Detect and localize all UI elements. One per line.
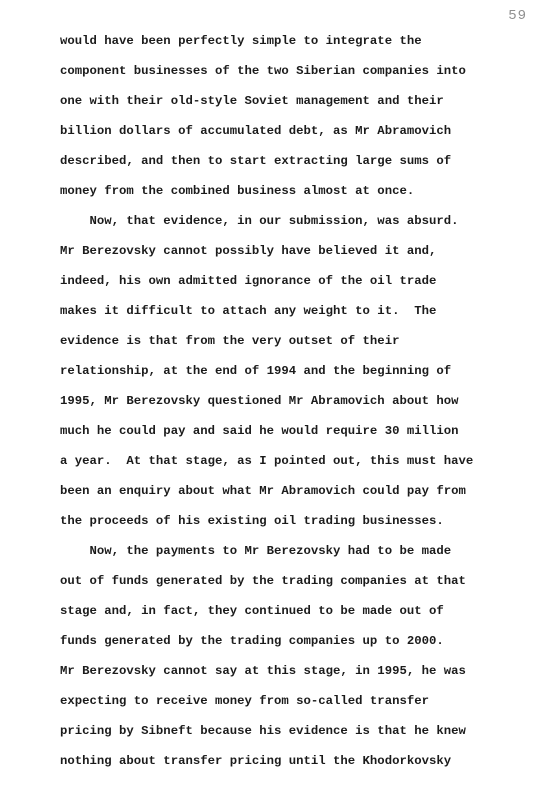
text-line: billion dollars of accumulated debt, as … — [60, 116, 473, 146]
text-line: 1995, Mr Berezovsky questioned Mr Abramo… — [60, 386, 473, 416]
text-line: expecting to receive money from so-calle… — [60, 686, 473, 716]
text-line: Mr Berezovsky cannot possibly have belie… — [60, 236, 473, 266]
text-line: component businesses of the two Siberian… — [60, 56, 473, 86]
text-line: funds generated by the trading companies… — [60, 626, 473, 656]
text-line: nothing about transfer pricing until the… — [60, 746, 473, 776]
text-line: Now, the payments to Mr Berezovsky had t… — [60, 536, 473, 566]
text-line: Now, that evidence, in our submission, w… — [60, 206, 473, 236]
page-number: 59 — [508, 8, 527, 24]
text-line: pricing by Sibneft because his evidence … — [60, 716, 473, 746]
text-line: a year. At that stage, as I pointed out,… — [60, 446, 473, 476]
transcript-body: would have been perfectly simple to inte… — [60, 26, 473, 776]
text-line: Mr Berezovsky cannot say at this stage, … — [60, 656, 473, 686]
text-line: makes it difficult to attach any weight … — [60, 296, 473, 326]
text-line: evidence is that from the very outset of… — [60, 326, 473, 356]
text-line: relationship, at the end of 1994 and the… — [60, 356, 473, 386]
text-line: one with their old-style Soviet manageme… — [60, 86, 473, 116]
text-line: money from the combined business almost … — [60, 176, 473, 206]
text-line: much he could pay and said he would requ… — [60, 416, 473, 446]
text-line: the proceeds of his existing oil trading… — [60, 506, 473, 536]
text-line: described, and then to start extracting … — [60, 146, 473, 176]
text-line: stage and, in fact, they continued to be… — [60, 596, 473, 626]
document-page: 59 would have been perfectly simple to i… — [0, 0, 558, 789]
text-line: indeed, his own admitted ignorance of th… — [60, 266, 473, 296]
text-line: out of funds generated by the trading co… — [60, 566, 473, 596]
text-line: would have been perfectly simple to inte… — [60, 26, 473, 56]
text-line: been an enquiry about what Mr Abramovich… — [60, 476, 473, 506]
